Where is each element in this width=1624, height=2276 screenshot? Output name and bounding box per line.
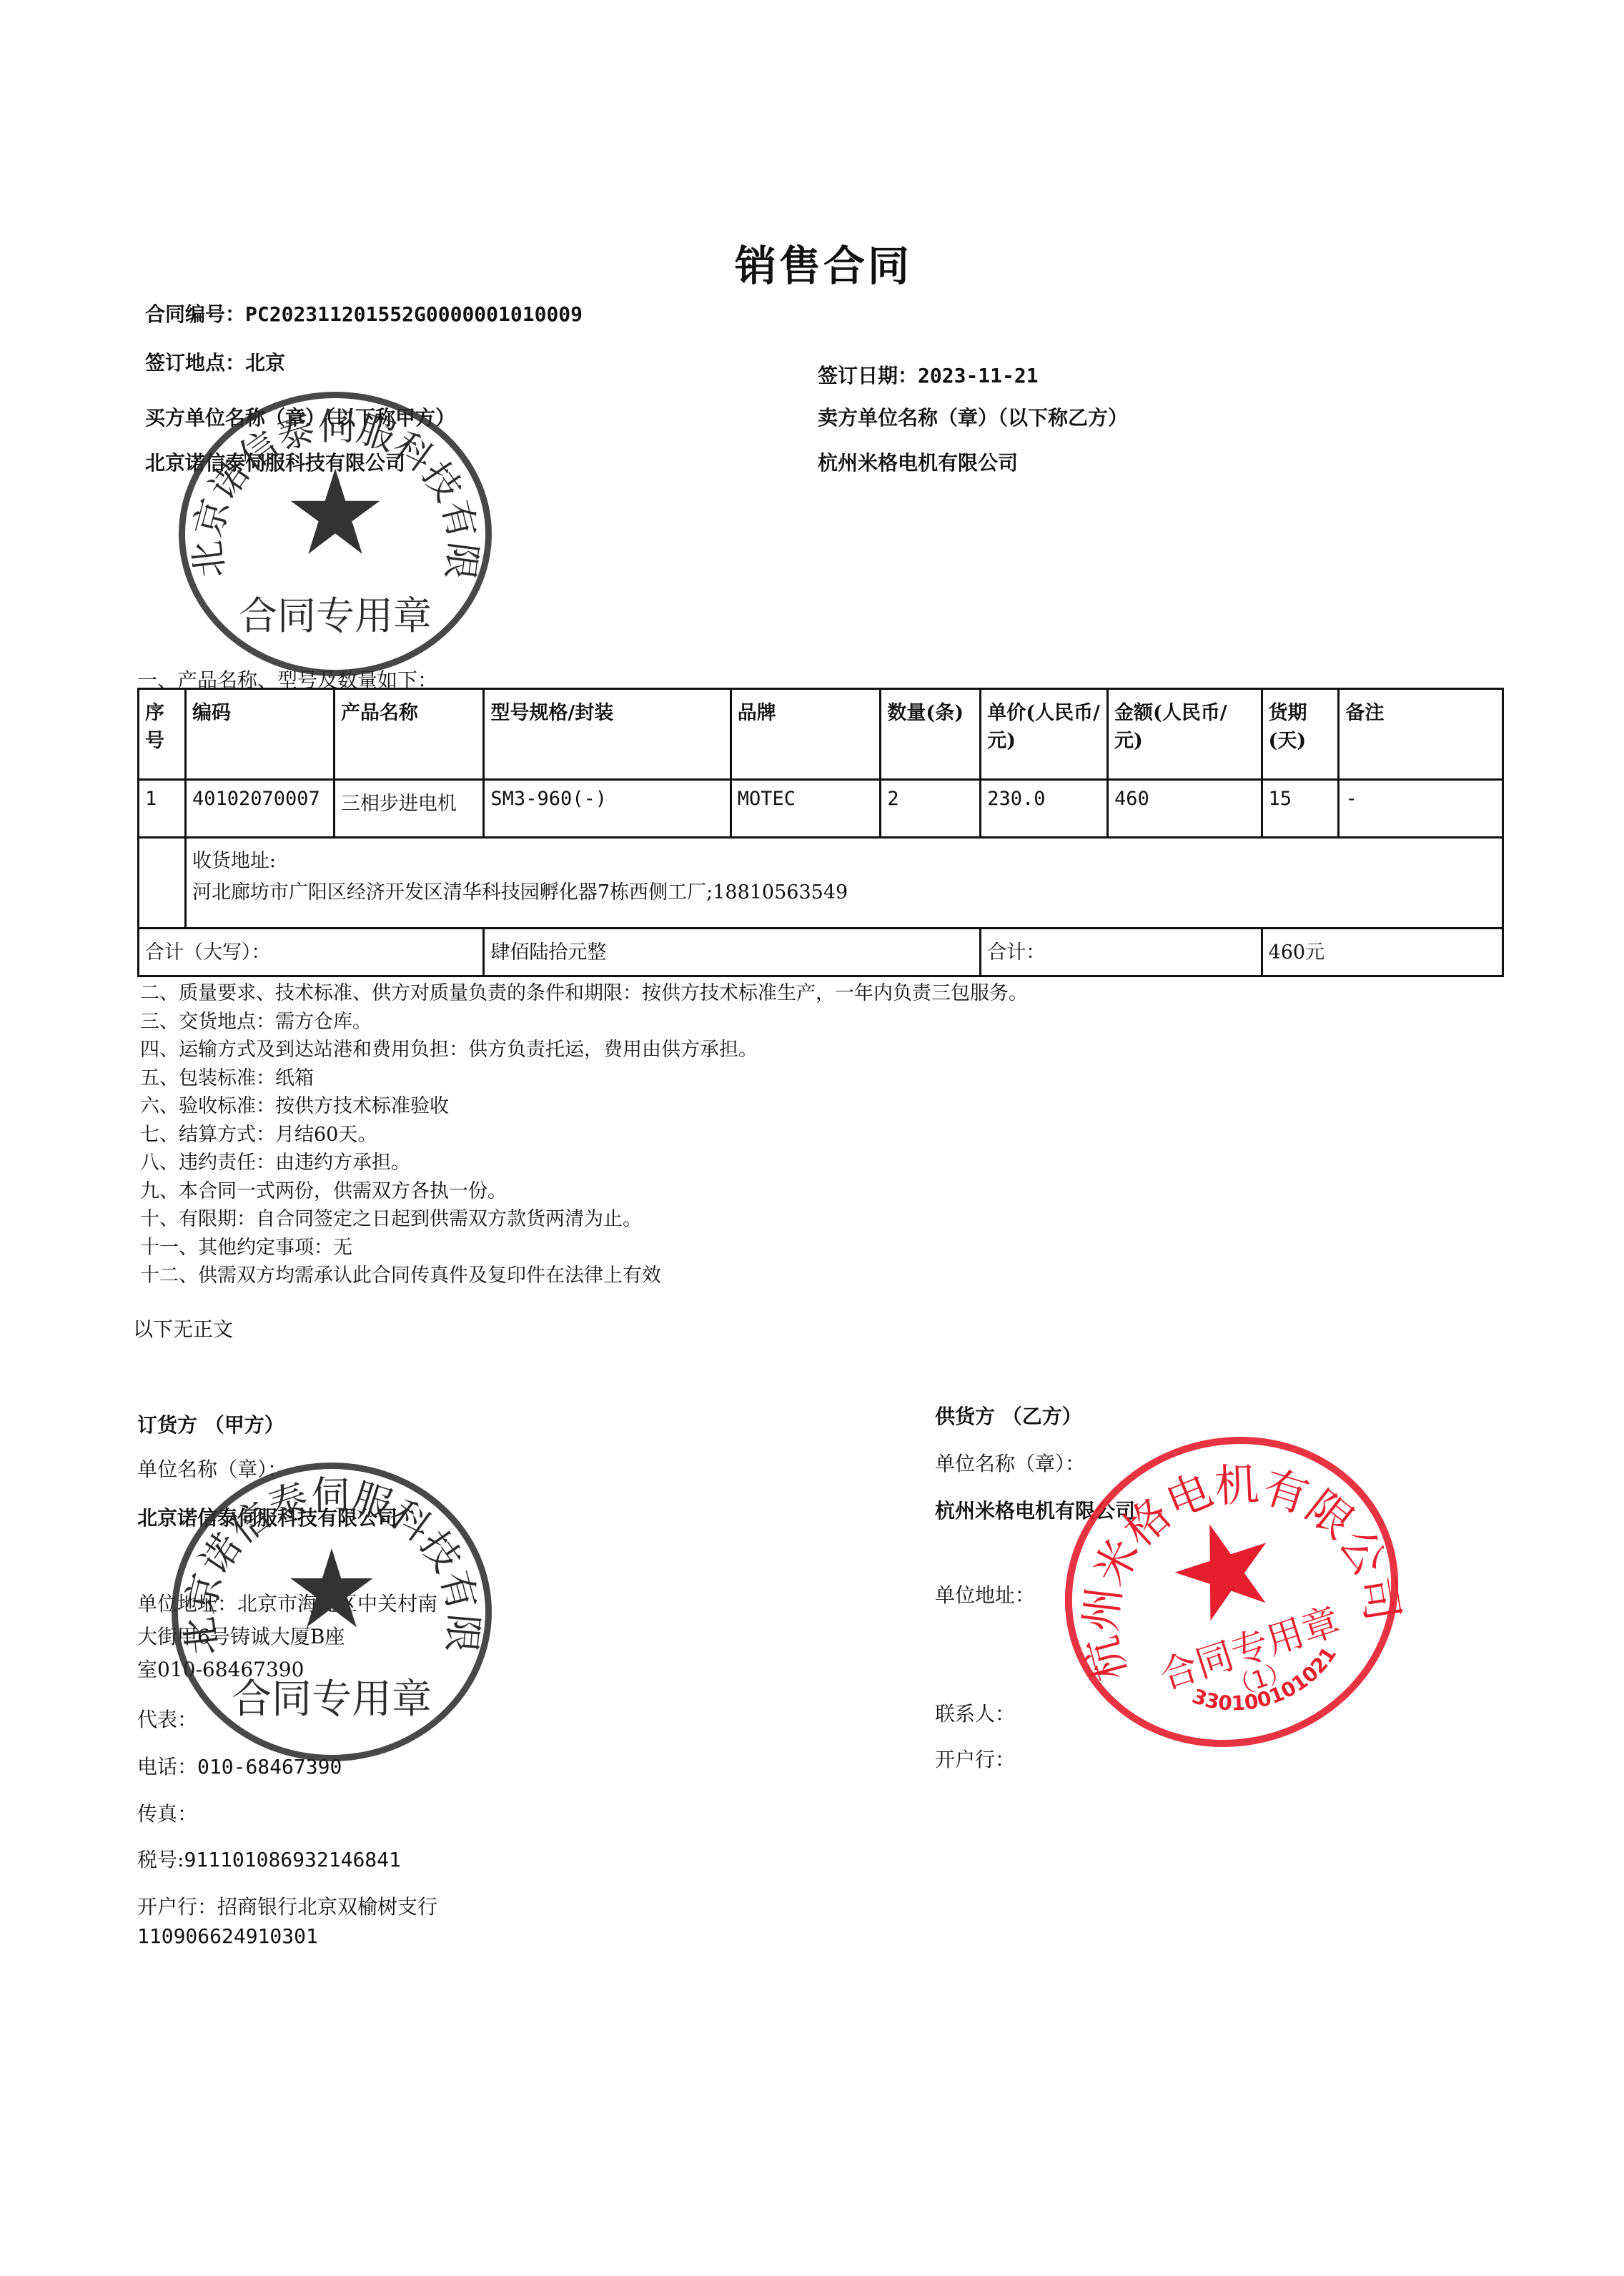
party-a-tax-value: 911101086932146841 — [184, 1848, 400, 1871]
party-a-bank-value: 招商银行北京双榆树支行 — [217, 1895, 437, 1919]
seal-caption: 合同专用章 — [185, 585, 485, 640]
sign-date-label: 签订日期： — [818, 364, 918, 387]
delivery-address-cell: 收货地址: 河北廊坊市广阳区经济开发区清华科技园孵化器7栋西侧工厂;188105… — [185, 838, 1502, 929]
header-code: 编码 — [185, 689, 334, 780]
term-item: 十一、其他约定事项：无 — [140, 1234, 1028, 1262]
cell-index: 1 — [139, 780, 186, 838]
header-product-name: 产品名称 — [334, 689, 484, 780]
address-spacer-cell — [139, 838, 186, 929]
total-row: 合计（大写）： 肆佰陆拾元整 合计： 460元 — [139, 929, 1503, 976]
party-a-bank: 开户行：招商银行北京双榆树支行 — [137, 1891, 437, 1920]
header-index: 序号 — [139, 689, 186, 780]
cell-product-name: 三相步进电机 — [334, 780, 484, 838]
party-a-unit-name: 北京诺信泰伺服科技有限公司 — [137, 1503, 397, 1531]
total-value: 460元 — [1262, 929, 1502, 976]
term-item: 四、运输方式及到达站港和费用负担：供方负责托运，费用由供方承担。 — [140, 1036, 1028, 1064]
party-a-rep-label: 代表： — [137, 1704, 197, 1733]
contract-terms: 二、质量要求、技术标准、供方对质量负责的条件和期限：按供方技术标准生产，一年内负… — [140, 979, 1028, 1290]
buyer-label: 买方单位名称（章）（以下称甲方） — [145, 402, 455, 431]
term-item: 八、违约责任：由违约方承担。 — [140, 1149, 1028, 1177]
contract-number-label: 合同编号： — [145, 302, 245, 326]
party-a-account: 110906624910301 — [137, 1924, 318, 1948]
party-a-address: 单位地址：北京市海淀区中关村南 — [137, 1588, 437, 1617]
seal-sub-caption: （1） — [1101, 1611, 1417, 1744]
seller-label: 卖方单位名称（章）（以下称乙方） — [818, 402, 1128, 431]
delivery-address-row: 收货地址: 河北廊坊市广阳区经济开发区清华科技园孵化器7栋西侧工厂;188105… — [139, 838, 1503, 929]
star-icon — [1162, 1509, 1287, 1631]
header-remark: 备注 — [1339, 689, 1503, 780]
party-b-address-label: 单位地址： — [935, 1580, 1035, 1608]
header-amount: 金额(人民币/元) — [1107, 689, 1262, 780]
sign-place-label: 签订地点： — [145, 351, 245, 375]
cell-unit-price: 230.0 — [981, 780, 1108, 838]
cell-brand: MOTEC — [731, 780, 881, 838]
buyer-seal-stamp-top: 北京诺信泰伺服科技有限公司 合同专用章 — [179, 392, 492, 676]
party-a-phone-label: 电话： — [137, 1755, 197, 1778]
term-item: 三、交货地点：需方仓库。 — [140, 1008, 1028, 1036]
party-a-tax-label: 税号: — [137, 1848, 184, 1871]
party-a-phone-value: 010-68467390 — [197, 1755, 342, 1778]
term-item: 五、包装标准：纸箱 — [140, 1064, 1028, 1093]
party-a-fax-label: 传真： — [137, 1798, 197, 1827]
party-b-contact-label: 联系人： — [935, 1698, 1015, 1727]
cell-code: 40102070007 — [185, 780, 334, 838]
cell-lead-time: 15 — [1262, 780, 1339, 838]
party-b-unit-name-label: 单位名称（章）： — [935, 1448, 1085, 1477]
party-a-unit-name-label: 单位名称（章）： — [137, 1454, 287, 1483]
term-item: 七、结算方式：月结60天。 — [140, 1121, 1028, 1149]
product-table: 序号 编码 产品名称 型号规格/封装 品牌 数量(条) 单价(人民币/元) 金额… — [137, 688, 1504, 977]
party-a-address-line3: 室010-68467390 — [137, 1654, 304, 1683]
star-icon — [289, 468, 382, 557]
sign-date-value: 2023-11-21 — [918, 364, 1039, 387]
cell-model: SM3-960(-) — [484, 780, 731, 838]
party-a-bank-label: 开户行： — [137, 1895, 217, 1919]
term-item: 二、质量要求、技术标准、供方对质量负责的条件和期限：按供方技术标准生产，一年内负… — [140, 979, 1028, 1008]
header-brand: 品牌 — [731, 689, 881, 780]
total-label: 合计： — [981, 929, 1262, 976]
seal-caption: 合同专用章 — [1088, 1570, 1410, 1720]
header-unit-price: 单价(人民币/元) — [981, 689, 1108, 780]
party-b-bank-label: 开户行： — [935, 1744, 1015, 1773]
contract-number: 合同编号：PC202311201552G0000001010009 — [145, 299, 583, 327]
party-a-address-line1: 北京市海淀区中关村南 — [237, 1592, 437, 1616]
cell-amount: 460 — [1107, 780, 1262, 838]
header-quantity: 数量(条) — [881, 689, 981, 780]
table-header-row: 序号 编码 产品名称 型号规格/封装 品牌 数量(条) 单价(人民币/元) 金额… — [139, 689, 1503, 780]
sign-date: 签订日期：2023-11-21 — [818, 360, 1039, 389]
total-cn-label: 合计（大写）： — [139, 929, 484, 976]
party-a-phone: 电话：010-68467390 — [137, 1751, 342, 1780]
header-lead-time: 货期(天) — [1262, 689, 1339, 780]
header-model: 型号规格/封装 — [484, 689, 731, 780]
term-item: 十、有限期：自合同签定之日起到供需双方款货两清为止。 — [140, 1205, 1028, 1234]
party-a-tax: 税号:911101086932146841 — [137, 1844, 401, 1873]
sign-place: 签订地点：北京 — [145, 347, 285, 376]
cell-remark: - — [1339, 780, 1503, 838]
end-note: 以下无正文 — [133, 1314, 233, 1342]
delivery-address-value: 河北廊坊市广阳区经济开发区清华科技园孵化器7栋西侧工厂;18810563549 — [192, 877, 1496, 909]
seller-name: 杭州米格电机有限公司 — [818, 447, 1018, 476]
document-title: 销售合同 — [735, 232, 912, 292]
buyer-name: 北京诺信泰伺服科技有限公司 — [145, 447, 405, 476]
term-item: 六、验收标准：按供方技术标准验收 — [140, 1092, 1028, 1121]
sign-place-value: 北京 — [245, 351, 285, 375]
contract-number-value: PC202311201552G0000001010009 — [245, 302, 583, 326]
party-b-unit-name: 杭州米格电机有限公司 — [935, 1495, 1135, 1524]
party-a-address-label: 单位地址： — [137, 1592, 237, 1616]
delivery-address-label: 收货地址: — [192, 846, 1496, 877]
party-a-address-line2: 大街甲6号铸诚大厦B座 — [137, 1621, 345, 1650]
seller-seal-stamp: 杭州米格电机有限公司 3301001010216 合同专用章 （1） — [1024, 1394, 1439, 1790]
total-cn-value: 肆佰陆拾元整 — [484, 929, 981, 976]
term-item: 十二、供需双方均需承认此合同传真件及复印件在法律上有效 — [140, 1262, 1028, 1290]
seal-arc-text: 北京诺信泰伺服科技有限公司 — [185, 398, 485, 670]
svg-text:杭州米格电机有限公司: 杭州米格电机有限公司 — [1034, 1414, 1416, 1718]
table-row: 1 40102070007 三相步进电机 SM3-960(-) MOTEC 2 … — [139, 780, 1503, 838]
party-b-heading: 供货方 （乙方） — [935, 1401, 1082, 1430]
cell-quantity: 2 — [881, 780, 981, 838]
party-a-heading: 订货方 （甲方） — [137, 1410, 284, 1438]
seal-arc-text: 杭州米格电机有限公司 3301001010216 — [1034, 1403, 1430, 1781]
term-item: 九、本合同一式两份，供需双方各执一份。 — [140, 1177, 1028, 1206]
